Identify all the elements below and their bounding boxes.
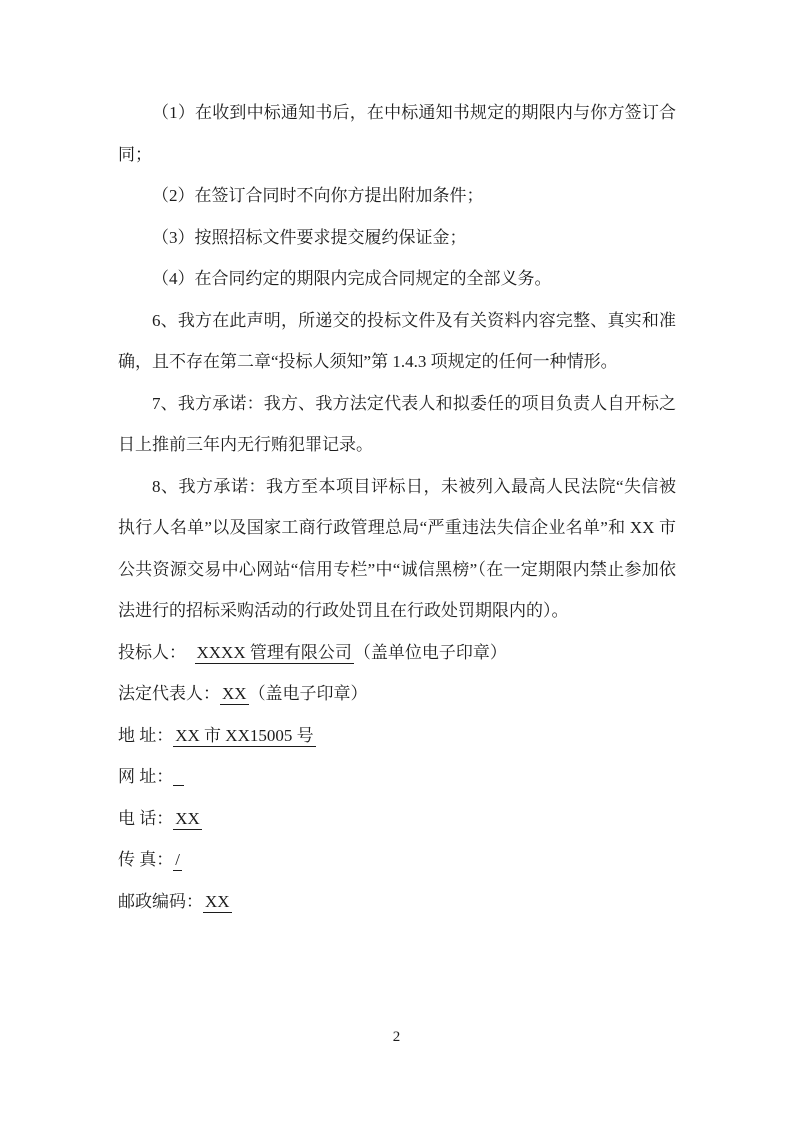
field-value-legal-representative: XX bbox=[220, 684, 249, 705]
clause-item-1: （1）在收到中标通知书后，在中标通知书规定的期限内与你方签订合同； bbox=[118, 92, 676, 175]
signature-line-fax: 传 真：/ bbox=[118, 839, 676, 881]
field-label-postal-code: 邮政编码： bbox=[118, 892, 203, 911]
field-suffix-legal-representative: （盖电子印章） bbox=[249, 684, 368, 703]
clause-8: 8、我方承诺：我方至本项目评标日，未被列入最高人民法院“失信被执行人名单”以及国… bbox=[118, 466, 676, 632]
signature-line-phone: 电 话：XX bbox=[118, 798, 676, 840]
field-label-legal-representative: 法定代表人： bbox=[118, 684, 220, 703]
field-value-address: XX 市 XX15005 号 bbox=[173, 726, 315, 747]
signature-line-website: 网 址： bbox=[118, 756, 676, 798]
field-value-website bbox=[173, 768, 184, 786]
page-number: 2 bbox=[0, 1027, 793, 1047]
signature-line-bidder: 投标人： XXXX 管理有限公司（盖单位电子印章） bbox=[118, 632, 676, 674]
clause-item-3: （3）按照招标文件要求提交履约保证金； bbox=[118, 217, 676, 259]
field-suffix-bidder: （盖单位电子印章） bbox=[354, 643, 507, 662]
field-label-phone: 电 话： bbox=[118, 809, 173, 828]
document-page: （1）在收到中标通知书后，在中标通知书规定的期限内与你方签订合同； （2）在签订… bbox=[0, 0, 793, 1122]
field-label-address: 地 址： bbox=[118, 726, 173, 745]
signature-line-address: 地 址：XX 市 XX15005 号 bbox=[118, 715, 676, 757]
field-value-fax: / bbox=[173, 850, 182, 871]
clause-7: 7、我方承诺：我方、我方法定代表人和拟委任的项目负责人自开标之日上推前三年内无行… bbox=[118, 383, 676, 466]
clause-item-4: （4）在合同约定的期限内完成合同规定的全部义务。 bbox=[118, 258, 676, 300]
field-label-fax: 传 真： bbox=[118, 850, 173, 869]
field-label-website: 网 址： bbox=[118, 767, 173, 786]
field-value-postal-code: XX bbox=[203, 892, 232, 913]
field-value-bidder: XXXX 管理有限公司 bbox=[195, 643, 354, 664]
document-body: （1）在收到中标通知书后，在中标通知书规定的期限内与你方签订合同； （2）在签订… bbox=[118, 92, 676, 922]
clause-6: 6、我方在此声明，所递交的投标文件及有关资料内容完整、真实和准确，且不存在第二章… bbox=[118, 300, 676, 383]
signature-line-postal-code: 邮政编码：XX bbox=[118, 881, 676, 923]
signature-line-legal-representative: 法定代表人：XX（盖电子印章） bbox=[118, 673, 676, 715]
field-label-bidder: 投标人： bbox=[118, 643, 195, 662]
field-value-phone: XX bbox=[173, 809, 202, 830]
clause-item-2: （2）在签订合同时不向你方提出附加条件； bbox=[118, 175, 676, 217]
